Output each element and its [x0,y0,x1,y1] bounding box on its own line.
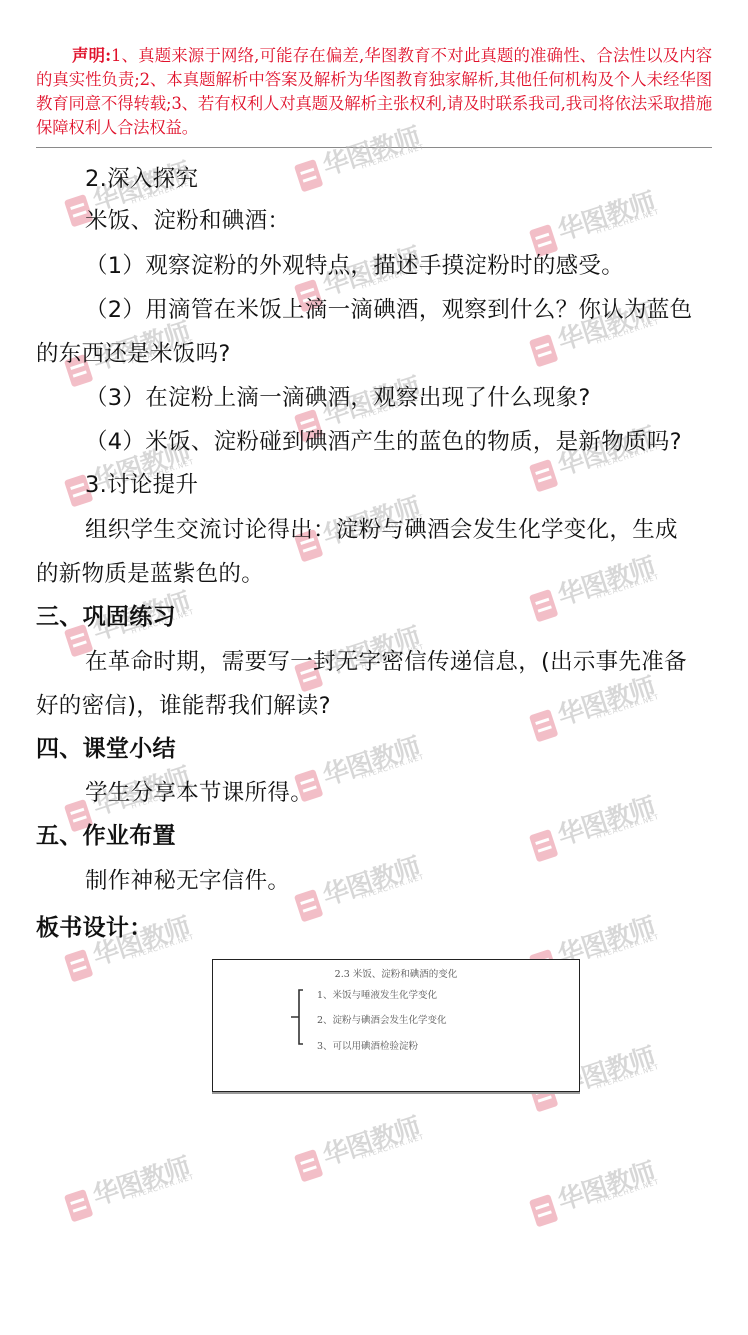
watermark-subtext: HTEACHER.NET [595,573,660,601]
watermark-logo-icon [529,829,559,862]
watermark-logo-icon [529,334,559,367]
section-heading: 五、作业布置 [36,821,176,851]
watermark-logo-icon [64,1189,94,1222]
board-item: 3、可以用碘酒检验淀粉 [317,1038,418,1052]
watermark-logo-icon [529,709,559,742]
watermark: 华图教师HTEACHER.NET [60,896,218,990]
paragraph: 在革命时期，需要写一封无字密信传递信息，(出示事先准备 [85,647,687,677]
paragraph: 米饭、淀粉和碘酒： [85,206,290,236]
watermark-text: 华图教师 [552,1152,659,1218]
watermark-subtext: HTEACHER.NET [595,933,660,961]
watermark-subtext: HTEACHER.NET [595,1178,660,1206]
watermark-subtext: HTEACHER.NET [595,1063,660,1091]
board-design-figure: 2.3 米饭、淀粉和碘酒的变化 1、米饭与唾液发生化学变化 2、淀粉与碘酒会发生… [212,959,580,1092]
paragraph-cont: 的新物质是蓝紫色的。 [36,559,264,589]
watermark-text: 华图教师 [317,727,424,793]
paragraph: 学生分享本节课所得。 [85,778,313,808]
brace-icon [289,988,315,1048]
watermark-subtext: HTEACHER.NET [360,1133,425,1161]
subsection-heading: 3.讨论提升 [85,470,198,500]
board-item: 1、米饭与唾液发生化学变化 [317,987,437,1001]
watermark: 华图教师HTEACHER.NET [290,716,448,810]
watermark-subtext: HTEACHER.NET [360,873,425,901]
watermark-logo-icon [529,1194,559,1227]
watermark: 华图教师HTEACHER.NET [60,1136,218,1230]
question-2: （2）用滴管在米饭上滴一滴碘酒，观察到什么？你认为蓝色 [85,295,692,325]
watermark: 华图教师HTEACHER.NET [525,776,683,870]
divider [36,147,712,148]
watermark-subtext: HTEACHER.NET [360,753,425,781]
disclaimer-text: 1、真题来源于网络,可能存在偏差,华图教育不对此真题的准确性、合法性以及内容的真… [36,46,712,137]
disclaimer-lead: 声明: [72,46,111,65]
watermark: 华图教师HTEACHER.NET [290,836,448,930]
watermark-text: 华图教师 [87,1147,194,1213]
paragraph: 组织学生交流讨论得出：淀粉与碘酒会发生化学变化，生成 [85,515,678,545]
section-heading: 四、课堂小结 [36,734,176,764]
watermark-text: 华图教师 [552,182,659,248]
question-1: （1）观察淀粉的外观特点，描述手摸淀粉时的感受。 [85,251,624,281]
watermark-text: 华图教师 [317,1107,424,1173]
board-title: 2.3 米饭、淀粉和碘酒的变化 [213,966,579,980]
watermark: 华图教师HTEACHER.NET [525,536,683,630]
question-2-cont: 的东西还是米饭吗? [36,339,231,369]
question-3: （3）在淀粉上滴一滴碘酒，观察出现了什么现象? [85,383,591,413]
watermark-subtext: HTEACHER.NET [595,693,660,721]
watermark-text: 华图教师 [552,547,659,613]
watermark-text: 华图教师 [317,847,424,913]
watermark-subtext: HTEACHER.NET [595,208,660,236]
paragraph: 制作神秘无字信件。 [85,866,290,896]
watermark-subtext: HTEACHER.NET [595,813,660,841]
watermark-logo-icon [529,589,559,622]
watermark-logo-icon [294,1149,324,1182]
watermark-logo-icon [294,889,324,922]
watermark: 华图教师HTEACHER.NET [525,1141,683,1235]
watermark: 华图教师HTEACHER.NET [290,1096,448,1190]
section-heading: 板书设计： [36,913,153,943]
board-item: 2、淀粉与碘酒会发生化学变化 [317,1012,447,1026]
watermark-logo-icon [529,459,559,492]
watermark-logo-icon [294,159,324,192]
disclaimer: 声明:1、真题来源于网络,可能存在偏差,华图教育不对此真题的准确性、合法性以及内… [36,44,712,140]
paragraph-cont: 好的密信)，谁能帮我们解读? [36,691,331,721]
watermark-subtext: HTEACHER.NET [130,1173,195,1201]
watermark-text: 华图教师 [552,787,659,853]
section-heading: 三、巩固练习 [36,602,176,632]
watermark-logo-icon [64,949,94,982]
question-4: （4）米饭、淀粉碰到碘酒产生的蓝色的物质，是新物质吗? [85,427,682,457]
subsection-heading: 2.深入探究 [85,164,198,194]
